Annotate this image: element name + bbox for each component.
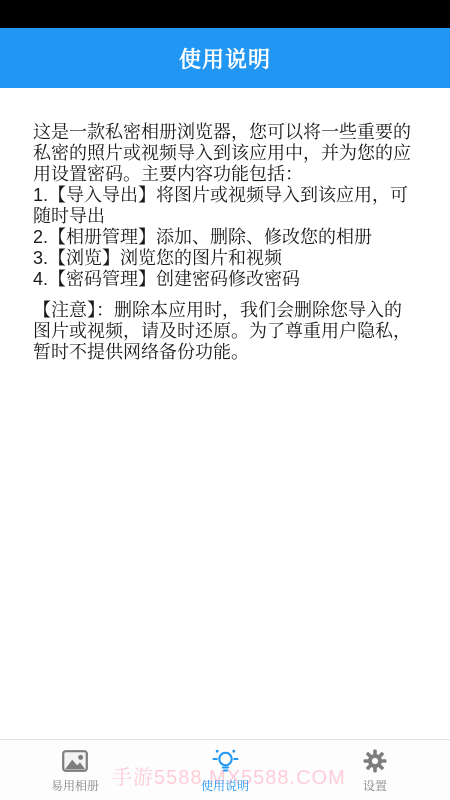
notice-paragraph: 【注意】：删除本应用时，我们会删除您导入的图片或视频，请及时还原。为了尊重用户隐… (33, 300, 417, 363)
page-title: 使用说明 (179, 43, 271, 74)
lightbulb-icon (212, 748, 239, 774)
intro-paragraph: 这是一款私密相册浏览器，您可以将一些重要的私密的照片或视频导入到该应用中，并为您… (33, 122, 417, 185)
app-screen: 使用说明 这是一款私密相册浏览器，您可以将一些重要的私密的照片或视频导入到该应用… (0, 0, 450, 800)
gear-icon (363, 748, 387, 774)
tab-label: 易用相册 (51, 777, 99, 794)
feature-item-browse: 3.【浏览】浏览您的图片和视频 (33, 248, 417, 269)
instructions-content: 这是一款私密相册浏览器，您可以将一些重要的私密的照片或视频导入到该应用中，并为您… (0, 88, 450, 363)
feature-item-import-export: 1.【导入导出】将图片或视频导入到该应用，可随时导出 (33, 185, 417, 227)
tab-easy-album[interactable]: 易用相册 (0, 740, 150, 800)
tab-settings[interactable]: 设置 (300, 740, 450, 800)
feature-item-album-management: 2.【相册管理】添加、删除、修改您的相册 (33, 227, 417, 248)
feature-item-password: 4.【密码管理】创建密码修改密码 (33, 269, 417, 290)
status-bar (0, 0, 450, 28)
tab-bar: 易用相册 使用说明 (0, 739, 450, 800)
tab-usage-instructions[interactable]: 使用说明 (150, 740, 300, 800)
photo-album-icon (62, 748, 88, 774)
tab-label: 设置 (363, 777, 387, 794)
tab-label: 使用说明 (201, 777, 249, 794)
header: 使用说明 (0, 28, 450, 88)
